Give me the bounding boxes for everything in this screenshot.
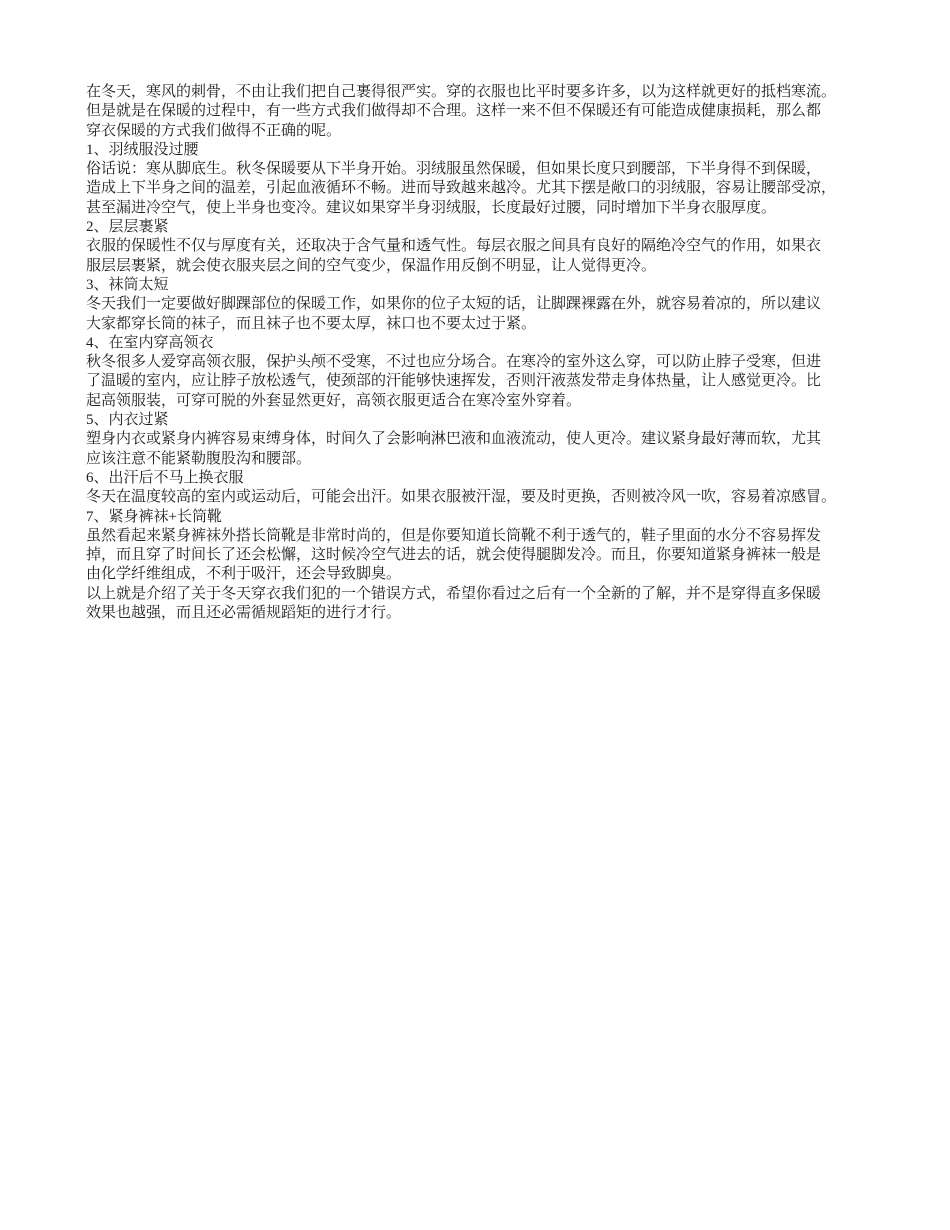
- section-heading-text: 2、层层裹紧: [86, 218, 868, 237]
- paragraph-line: 甚至漏进冷空气，使上半身也变冷。建议如果穿半身羽绒服，长度最好过腰，同时增加下半…: [86, 199, 868, 218]
- paragraph: 冬天我们一定要做好脚踝部位的保暖工作，如果你的位子太短的话，让脚踝裸露在外，就容…: [86, 295, 868, 334]
- paragraph-line: 穿衣保暖的方式我们做得不正确的呢。: [86, 122, 868, 141]
- paragraph-line: 俗话说：寒从脚底生。秋冬保暖要从下半身开始。羽绒服虽然保暖，但如果长度只到腰部，…: [86, 160, 868, 179]
- section-heading-text: 4、在室内穿高领衣: [86, 334, 868, 353]
- paragraph-line: 效果也越强，而且还必需循规蹈矩的进行才行。: [86, 604, 868, 623]
- paragraph-line: 掉，而且穿了时间长了还会松懈，这时候冷空气进去的话，就会使得腿脚发冷。而且，你要…: [86, 546, 868, 565]
- section-heading-text: 7、紧身裤袜+长筒靴: [86, 508, 868, 527]
- paragraph: 秋冬很多人爱穿高领衣服，保护头颅不受寒，不过也应分场合。在寒冷的室外这么穿，可以…: [86, 353, 868, 411]
- article-body: 在冬天，寒风的刺骨，不由让我们把自己裹得很严实。穿的衣服也比平时要多许多，以为这…: [86, 83, 868, 623]
- paragraph-line: 塑身内衣或紧身内裤容易束缚身体，时间久了会影响淋巴液和血液流动，使人更冷。建议紧…: [86, 430, 868, 449]
- section-heading: 6、出汗后不马上换衣服: [86, 469, 868, 488]
- paragraph-line: 造成上下半身之间的温差，引起血液循环不畅。进而导致越来越冷。尤其下摆是敞口的羽绒…: [86, 179, 868, 198]
- paragraph: 在冬天，寒风的刺骨，不由让我们把自己裹得很严实。穿的衣服也比平时要多许多，以为这…: [86, 83, 868, 141]
- section-heading-text: 3、袜筒太短: [86, 276, 868, 295]
- paragraph-line: 应该注意不能紧勒腹股沟和腰部。: [86, 450, 868, 469]
- section-heading: 7、紧身裤袜+长筒靴: [86, 508, 868, 527]
- paragraph-line: 秋冬很多人爱穿高领衣服，保护头颅不受寒，不过也应分场合。在寒冷的室外这么穿，可以…: [86, 353, 868, 372]
- paragraph-line: 但是就是在保暖的过程中，有一些方式我们做得却不合理。这样一来不但不保暖还有可能造…: [86, 102, 868, 121]
- section-heading: 1、羽绒服没过腰: [86, 141, 868, 160]
- section-heading: 2、层层裹紧: [86, 218, 868, 237]
- document-page: 在冬天，寒风的刺骨，不由让我们把自己裹得很严实。穿的衣服也比平时要多许多，以为这…: [0, 0, 950, 1230]
- paragraph: 塑身内衣或紧身内裤容易束缚身体，时间久了会影响淋巴液和血液流动，使人更冷。建议紧…: [86, 430, 868, 469]
- paragraph-line: 以上就是介绍了关于冬天穿衣我们犯的一个错误方式，希望你看过之后有一个全新的了解，…: [86, 585, 868, 604]
- section-heading-text: 6、出汗后不马上换衣服: [86, 469, 868, 488]
- paragraph: 俗话说：寒从脚底生。秋冬保暖要从下半身开始。羽绒服虽然保暖，但如果长度只到腰部，…: [86, 160, 868, 218]
- paragraph-line: 由化学纤维组成，不利于吸汗，还会导致脚臭。: [86, 565, 868, 584]
- section-heading: 3、袜筒太短: [86, 276, 868, 295]
- paragraph: 衣服的保暖性不仅与厚度有关，还取决于含气量和透气性。每层衣服之间具有良好的隔绝冷…: [86, 237, 868, 276]
- section-heading-text: 1、羽绒服没过腰: [86, 141, 868, 160]
- paragraph: 冬天在温度较高的室内或运动后，可能会出汗。如果衣服被汗湿，要及时更换，否则被冷风…: [86, 488, 868, 507]
- paragraph: 虽然看起来紧身裤袜外搭长筒靴是非常时尚的，但是你要知道长筒靴不利于透气的，鞋子里…: [86, 527, 868, 585]
- paragraph-line: 冬天我们一定要做好脚踝部位的保暖工作，如果你的位子太短的话，让脚踝裸露在外，就容…: [86, 295, 868, 314]
- section-heading: 5、内衣过紧: [86, 411, 868, 430]
- section-heading: 4、在室内穿高领衣: [86, 334, 868, 353]
- paragraph-line: 了温暖的室内，应让脖子放松透气，使颈部的汗能够快速挥发，否则汗液蒸发带走身体热量…: [86, 372, 868, 391]
- section-heading-text: 5、内衣过紧: [86, 411, 868, 430]
- paragraph-line: 衣服的保暖性不仅与厚度有关，还取决于含气量和透气性。每层衣服之间具有良好的隔绝冷…: [86, 237, 868, 256]
- paragraph-line: 服层层裹紧，就会使衣服夹层之间的空气变少，保温作用反倒不明显，让人觉得更冷。: [86, 257, 868, 276]
- paragraph-line: 虽然看起来紧身裤袜外搭长筒靴是非常时尚的，但是你要知道长筒靴不利于透气的，鞋子里…: [86, 527, 868, 546]
- paragraph-line: 起高领服装，可穿可脱的外套显然更好，高领衣服更适合在寒冷室外穿着。: [86, 392, 868, 411]
- paragraph-line: 冬天在温度较高的室内或运动后，可能会出汗。如果衣服被汗湿，要及时更换，否则被冷风…: [86, 488, 868, 507]
- paragraph-line: 在冬天，寒风的刺骨，不由让我们把自己裹得很严实。穿的衣服也比平时要多许多，以为这…: [86, 83, 868, 102]
- paragraph-line: 大家都穿长筒的袜子，而且袜子也不要太厚，袜口也不要太过于紧。: [86, 315, 868, 334]
- paragraph: 以上就是介绍了关于冬天穿衣我们犯的一个错误方式，希望你看过之后有一个全新的了解，…: [86, 585, 868, 624]
